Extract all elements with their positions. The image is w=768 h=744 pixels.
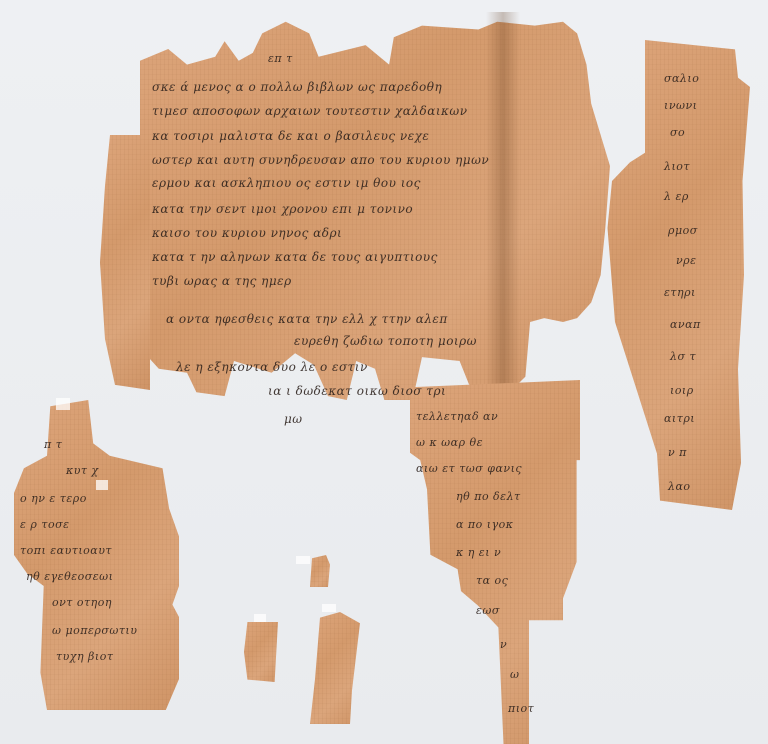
text-line: λαο: [668, 480, 691, 493]
text-line: ω κ ωαρ θε: [416, 436, 483, 449]
mounting-tape: [96, 480, 108, 490]
text-line: αιτρι: [664, 412, 695, 425]
text-line: μω: [284, 412, 303, 426]
text-line: α οντα ηφεσθεις κατα την ελλ χ ττην αλεπ: [166, 312, 448, 326]
text-line: κ η ει ν: [456, 546, 501, 559]
text-line: σκε ά μενος α ο πολλω βιβλων ως παρεδοθη: [152, 80, 442, 94]
text-line: τυχη βιοτ: [56, 650, 113, 663]
text-line: ιοιρ: [670, 384, 694, 397]
dark-stain: [486, 12, 520, 442]
text-line: καισο του κυριου νηνος αδρι: [152, 226, 342, 240]
text-line: τιμεσ αποσοφων αρχαιων τουτεστιν χαλδαικ…: [152, 104, 468, 118]
text-line: ε ρ τοσε: [20, 518, 69, 531]
text-line: εωσ: [476, 604, 500, 617]
text-line: τελλετηαδ αν: [416, 410, 498, 423]
text-line: σο: [670, 126, 685, 139]
text-line: κα τοσιρι μαλιστα δε και ο βασιλευς νεχε: [152, 129, 429, 143]
text-line: τοπι εαυτιοαυτ: [20, 544, 112, 557]
text-line: ινωνι: [664, 99, 697, 112]
text-line: ν: [500, 638, 507, 651]
text-line: λιοτ: [664, 160, 690, 173]
papyrus-fragment-tiny-2: [244, 622, 278, 682]
text-line: ν π: [668, 446, 687, 459]
text-line: κατα τ ην αληνων κατα δε τους αιγυπτιους: [152, 250, 438, 264]
text-line: επ τ: [268, 52, 293, 65]
text-line: ηθ εγεθεοσεωι: [26, 570, 113, 583]
text-line: κατα την σεντ ιμοι χρονου επι μ τονινο: [152, 202, 413, 216]
text-line: οντ οτηοη: [52, 596, 112, 609]
text-line: αναπ: [670, 318, 701, 331]
text-line: λ ερ: [664, 190, 689, 203]
text-line: κυτ χ: [66, 464, 99, 477]
text-line: λσ τ: [670, 350, 696, 363]
text-line: ω μοπερσωτιυ: [52, 624, 137, 637]
mounting-tape: [322, 604, 336, 612]
text-line: τυβι ωρας α της ημερ: [152, 274, 292, 288]
text-line: ετηρι: [664, 286, 696, 299]
text-line: σαλιο: [664, 72, 699, 85]
mounting-tape: [56, 398, 70, 410]
text-line: ια ι δωδεκατ οικω διοσ τρι: [268, 384, 446, 398]
text-line: α πο ιγοκ: [456, 518, 514, 531]
mounting-tape: [254, 614, 266, 622]
text-line: πιοτ: [508, 702, 534, 715]
text-line: ω: [510, 668, 519, 681]
text-line: τα ος: [476, 574, 508, 587]
mounting-tape: [296, 556, 310, 564]
text-line: αιω ετ τωσ φανις: [416, 462, 522, 475]
text-line: ευρεθη ζωδιω τοποτη μοιρω: [294, 334, 477, 348]
text-line: ρμοσ: [668, 224, 698, 237]
text-line: λε η εξηκοντα δυο λε ο εστιν: [176, 360, 368, 374]
text-line: ηθ πο δελτ: [456, 490, 521, 503]
text-line: ωστερ και αυτη συνηδρευσαν απο του κυριο…: [152, 153, 489, 167]
papyrus-fragment-tiny-1: [310, 555, 330, 587]
text-line: ερμου και ασκληπιου ος εστιν ιμ θου ιος: [152, 176, 421, 190]
text-line: ο ην ε τερο: [20, 492, 87, 505]
text-line: π τ: [44, 438, 62, 451]
text-line: νρε: [676, 254, 697, 267]
